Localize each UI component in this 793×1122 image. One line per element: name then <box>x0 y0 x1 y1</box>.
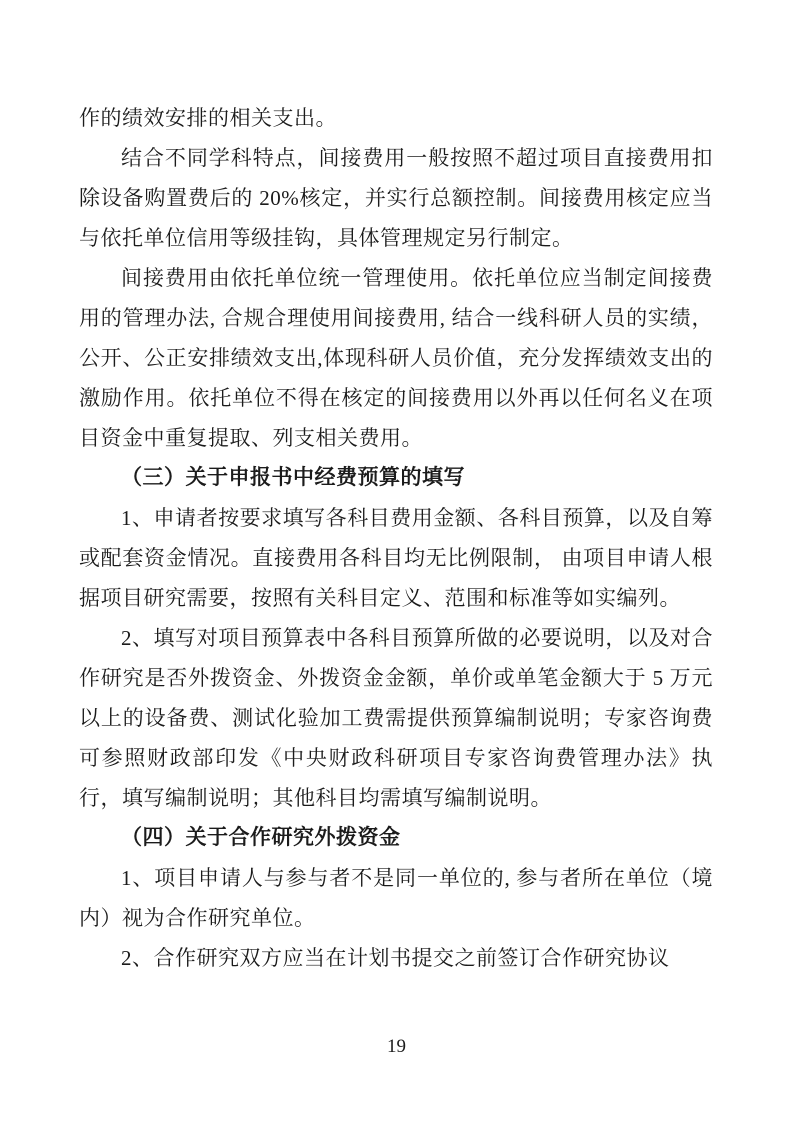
section-heading-4: （四）关于合作研究外拨资金 <box>79 818 713 858</box>
paragraph: 间接费用由依托单位统一管理使用。依托单位应当制定间接费用的管理办法, 合规合理使… <box>79 258 713 458</box>
paragraph: 1、项目申请人与参与者不是同一单位的, 参与者所在单位（境内）视为合作研究单位。 <box>79 858 713 938</box>
page-body-text: 作的绩效安排的相关支出。 结合不同学科特点，间接费用一般按照不超过项目直接费用扣… <box>79 98 713 978</box>
page-number: 19 <box>0 1036 793 1058</box>
section-heading-3: （三）关于申报书中经费预算的填写 <box>79 458 713 498</box>
paragraph-continuation: 作的绩效安排的相关支出。 <box>79 98 713 138</box>
paragraph: 2、合作研究双方应当在计划书提交之前签订合作研究协议 <box>79 938 713 978</box>
document-page: 作的绩效安排的相关支出。 结合不同学科特点，间接费用一般按照不超过项目直接费用扣… <box>0 0 793 1122</box>
paragraph: 2、填写对项目预算表中各科目预算所做的必要说明，以及对合作研究是否外拨资金、外拨… <box>79 618 713 818</box>
paragraph: 结合不同学科特点，间接费用一般按照不超过项目直接费用扣除设备购置费后的 20%核… <box>79 138 713 258</box>
paragraph: 1、申请者按要求填写各科目费用金额、各科目预算，以及自筹或配套资金情况。直接费用… <box>79 498 713 618</box>
